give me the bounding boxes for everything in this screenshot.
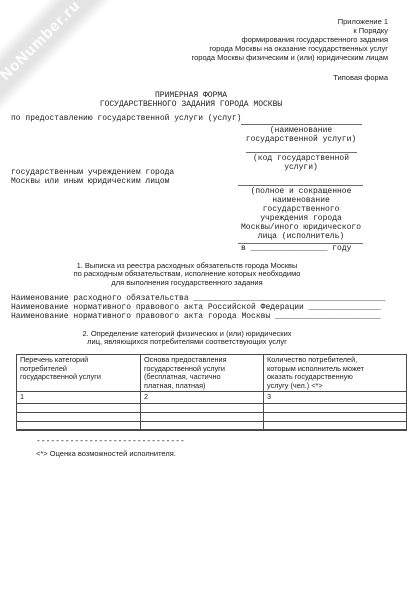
section1-fields: Наименование расходного обязательства __… (11, 295, 385, 322)
provider-caption: (полное и сокращенное наименование госуд… (231, 188, 371, 241)
table-header-row: Перечень категорий потребителей государс… (17, 355, 407, 392)
section2-heading: 2. Определение категорий физических и (и… (0, 330, 374, 347)
year-line: в ________________ году (241, 245, 351, 254)
service-code-blank (246, 152, 357, 153)
section1-heading: 1. Выписка из реестра расходных обязател… (0, 262, 374, 287)
form-type-label: Типовая форма (333, 73, 388, 82)
watermark-text: NoNumber.ru (0, 0, 83, 83)
appendix-header: Приложение 1 к Порядку формирования госу… (192, 17, 388, 62)
service-name-caption: (наименование государственной услуги) (236, 127, 366, 145)
service-code-caption: (код государственной услуги) (236, 155, 366, 173)
document-page: NoNumber.ru Приложение 1 к Порядку форми… (0, 0, 420, 600)
table-empty-row (17, 403, 407, 412)
column-header-provision-basis: Основа предоставления государственной ус… (141, 355, 264, 392)
provider-name-blank (238, 185, 363, 186)
table-empty-row (17, 412, 407, 421)
provider-text: государственным учреждением города Москв… (11, 169, 174, 187)
field-moscow-act: Наименование нормативного правового акта… (11, 313, 385, 322)
column-number-2: 2 (141, 392, 264, 404)
consumers-table: Перечень категорий потребителей государс… (16, 354, 407, 431)
column-number-3: 3 (264, 392, 407, 404)
service-name-blank (241, 124, 362, 125)
footnote-separator: ------------------------------- (36, 438, 185, 447)
table-empty-row (17, 421, 407, 430)
service-lead-text: по предоставлению государственной услуги… (11, 115, 241, 124)
column-number-row: 1 2 3 (17, 392, 407, 404)
column-header-consumer-count: Количество потребителей, которым исполни… (264, 355, 407, 392)
column-number-1: 1 (17, 392, 141, 404)
form-title: ПРИМЕРНАЯ ФОРМА ГОСУДАРСТВЕННОГО ЗАДАНИЯ… (0, 92, 382, 110)
footnote-text: <*> Оценка возможностей исполнителя. (36, 449, 176, 458)
column-header-consumer-categories: Перечень категорий потребителей государс… (17, 355, 141, 392)
consumers-table-body: 1 2 3 (17, 392, 407, 431)
